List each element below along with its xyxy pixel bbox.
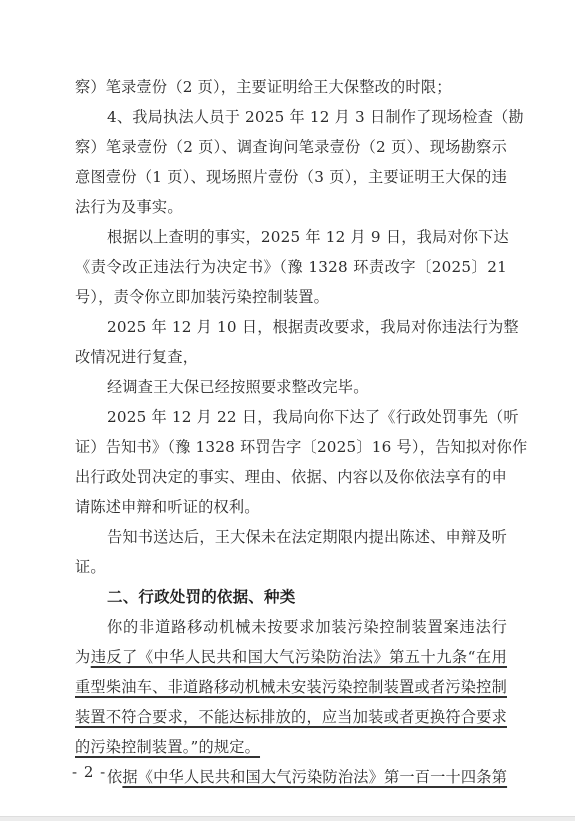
document-body: 察）笔录壹份（2 页），主要证明给王大保整改的时限；4、我局执法人员于 2025… <box>75 72 507 792</box>
text-line: 根据以上查明的事实，2025 年 12 月 9 日，我局对你下达 <box>75 222 507 252</box>
text-line: 法行为及事实。 <box>75 192 507 222</box>
law-quote-underlined: 的污染控制装置。”的规定。 <box>75 738 260 756</box>
penalty-basis-line: 依据《中华人民共和国大气污染防治法》第一百一十四条第 <box>75 762 507 792</box>
penalty-basis-prefix: 依 <box>107 768 122 786</box>
text-line: 改情况进行复查， <box>75 342 507 372</box>
basis-line-2-prefix: 为 <box>75 648 91 666</box>
penalty-law-citation-underlined: 据《中华人民共和国大气污染防治法》第一百一十四条第 <box>122 768 507 786</box>
text-line: 号），责令你立即加装污染控制装置。 <box>75 282 507 312</box>
text-line: 察）笔录壹份（2 页）、调查询问笔录壹份（2 页）、现场勘察示 <box>75 132 507 162</box>
text-line: 察）笔录壹份（2 页），主要证明给王大保整改的时限； <box>75 72 507 102</box>
text-line: 2025 年 12 月 22 日，我局向你下达了《行政处罚事先（听 <box>75 402 507 432</box>
text-line: 告知书送达后，王大保未在法定期限内提出陈述、申辩及听 <box>75 522 507 552</box>
basis-line-2: 为违反了《中华人民共和国大气污染防治法》第五十九条“在用 <box>75 642 507 672</box>
page-number: - 2 - <box>72 762 106 782</box>
basis-line-4: 装置不符合要求，不能达标排放的，应当加装或者更换符合要求 <box>75 702 507 732</box>
text-line: 4、我局执法人员于 2025 年 12 月 3 日制作了现场检查（勘 <box>75 102 507 132</box>
basis-line-5: 的污染控制装置。”的规定。 <box>75 732 507 762</box>
text-line: 出行政处罚决定的事实、理由、依据、内容以及你依法享有的申 <box>75 462 507 492</box>
document-page: 察）笔录壹份（2 页），主要证明给王大保整改的时限；4、我局执法人员于 2025… <box>0 0 575 816</box>
law-citation-underlined: 违反了《中华人民共和国大气污染防治法》第五十九条“在用 <box>91 648 507 666</box>
text-line: 证。 <box>75 552 507 582</box>
facts-paragraphs: 察）笔录壹份（2 页），主要证明给王大保整改的时限；4、我局执法人员于 2025… <box>75 72 507 582</box>
text-line: 2025 年 12 月 10 日，根据责改要求，我局对你违法行为整 <box>75 312 507 342</box>
text-line: 证）告知书》（豫 1328 环罚告字〔2025〕16 号），告知拟对你作 <box>75 432 507 462</box>
basis-line-3: 重型柴油车、非道路移动机械未安装污染控制装置或者污染控制 <box>75 672 507 702</box>
text-line: 经调查王大保已经按照要求整改完毕。 <box>75 372 507 402</box>
text-line: 《责令改正违法行为决定书》（豫 1328 环责改字〔2025〕21 <box>75 252 507 282</box>
law-quote-underlined: 重型柴油车、非道路移动机械未安装污染控制装置或者污染控制 <box>75 678 507 696</box>
basis-line-1: 你的非道路移动机械未按要求加装污染控制装置案违法行 <box>75 612 507 642</box>
text-line: 请陈述申辩和听证的权利。 <box>75 492 507 522</box>
law-quote-underlined: 装置不符合要求，不能达标排放的，应当加装或者更换符合要求 <box>75 708 507 726</box>
text-line: 意图壹份（1 页）、现场照片壹份（3 页），主要证明王大保的违 <box>75 162 507 192</box>
page-bottom-edge <box>0 816 575 821</box>
section-heading: 二、行政处罚的依据、种类 <box>75 582 507 612</box>
